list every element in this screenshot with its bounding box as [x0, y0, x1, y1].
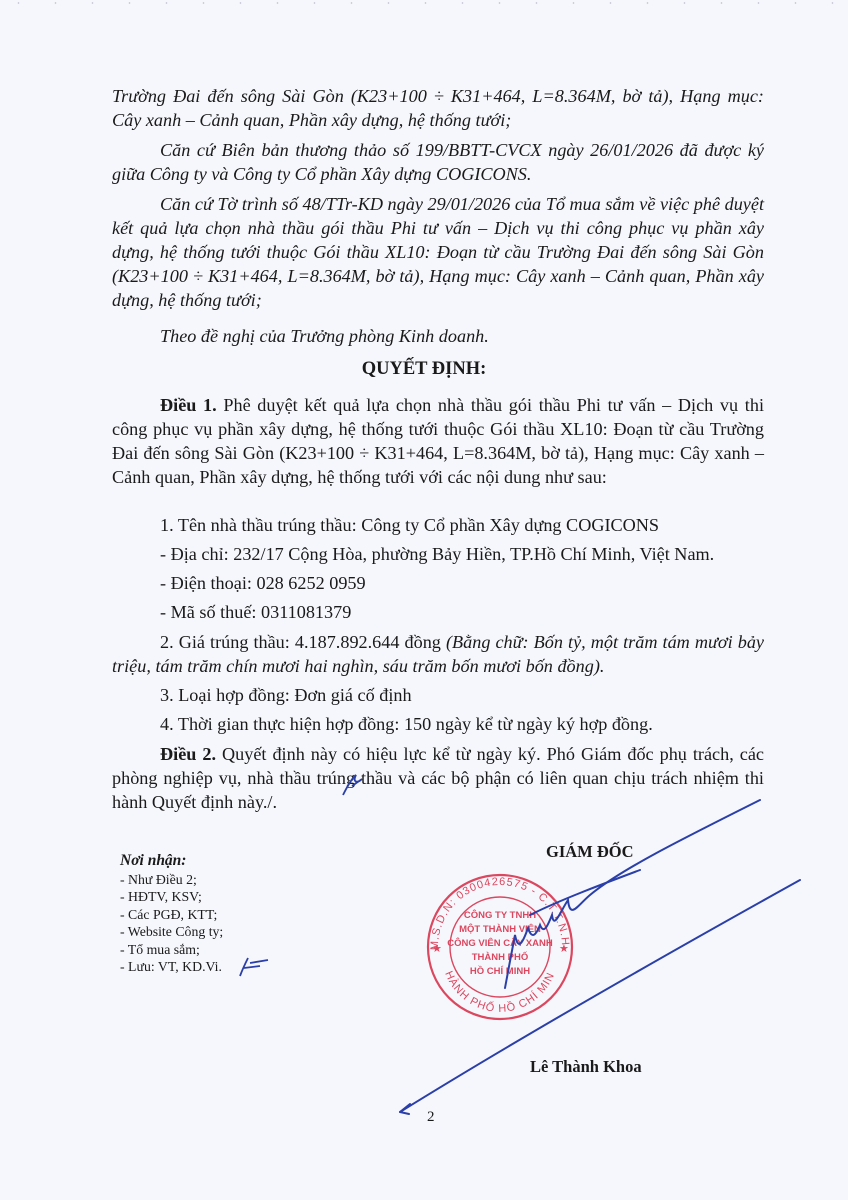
- stamp-star-icon: ★: [432, 943, 442, 955]
- stamp-inner-line: MỘT THÀNH VIÊN: [459, 923, 541, 935]
- signer-title: GIÁM ĐỐC: [546, 842, 634, 862]
- contractor-phone: - Điện thoại: 028 6252 0959: [160, 571, 366, 595]
- article-1: Điều 1. Phê duyệt kết quả lựa chọn nhà t…: [112, 393, 764, 489]
- stamp-inner-line: HỒ CHÍ MINH: [470, 965, 530, 977]
- scan-artifact: [0, 0, 848, 6]
- contractor-address: - Địa chỉ: 232/17 Cộng Hòa, phường Bảy H…: [160, 542, 714, 566]
- article-1-label: Điều 1.: [160, 395, 217, 415]
- stamp-inner-line: CÔNG TY TNHH: [464, 909, 536, 921]
- stamp-star-icon: ★: [559, 943, 569, 955]
- article-2-label: Điều 2.: [160, 744, 216, 764]
- preamble-basis-submission: Căn cứ Tờ trình số 48/TTr-KD ngày 29/01/…: [112, 192, 764, 312]
- stamp-inner-line: CÔNG VIÊN CÂY XANH: [447, 937, 553, 949]
- page-number: 2: [427, 1109, 435, 1126]
- recipient-item: - Tổ mua sắm;: [120, 941, 223, 959]
- recipient-item: - Các PGĐ, KTT;: [120, 906, 223, 924]
- preamble: Trường Đai đến sông Sài Gòn (K23+100 ÷ K…: [112, 84, 764, 348]
- recipient-item: - Như Điều 2;: [120, 871, 223, 889]
- contract-duration: 4. Thời gian thực hiện hợp đồng: 150 ngà…: [160, 712, 653, 736]
- decision-title: QUYẾT ĐỊNH:: [0, 359, 848, 380]
- signer-name: Lê Thành Khoa: [530, 1057, 642, 1077]
- contractor-tax-code: - Mã số thuế: 0311081379: [160, 600, 351, 624]
- winning-price: 2. Giá trúng thầu: 4.187.892.644 đồng (B…: [112, 630, 764, 678]
- stamp-inner-line: THÀNH PHỐ: [472, 951, 528, 963]
- preamble-basis-minutes: Căn cứ Biên bản thương thảo số 199/BBTT-…: [112, 138, 764, 186]
- recipient-item: - Website Công ty;: [120, 923, 223, 941]
- document-page: Trường Đai đến sông Sài Gòn (K23+100 ÷ K…: [0, 0, 848, 1200]
- recipient-item: - HĐTV, KSV;: [120, 888, 223, 906]
- recipient-item: - Lưu: VT, KD.Vi.: [120, 958, 223, 976]
- winning-price-value: 2. Giá trúng thầu: 4.187.892.644 đồng: [160, 632, 446, 652]
- contractor-name: 1. Tên nhà thầu trúng thầu: Công ty Cổ p…: [160, 513, 659, 537]
- article-2: Điều 2. Quyết định này có hiệu lực kể từ…: [112, 742, 764, 814]
- preamble-proposal: Theo đề nghị của Trưởng phòng Kinh doanh…: [112, 324, 764, 348]
- recipients-heading: Nơi nhận:: [120, 852, 223, 870]
- preamble-continuation: Trường Đai đến sông Sài Gòn (K23+100 ÷ K…: [112, 84, 764, 132]
- recipients-list: Nơi nhận: - Như Điều 2; - HĐTV, KSV; - C…: [120, 852, 223, 976]
- contract-type: 3. Loại hợp đồng: Đơn giá cố định: [160, 683, 412, 707]
